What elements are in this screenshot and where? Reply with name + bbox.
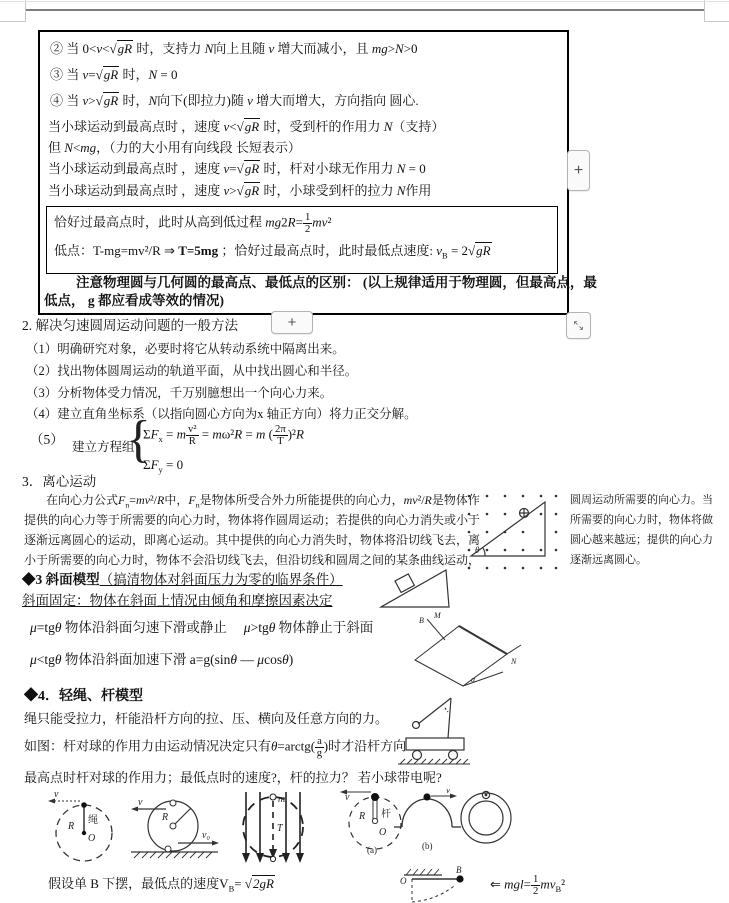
document-page: { "chrome": { "plus_top": "+", "plus_mid… bbox=[0, 0, 729, 903]
section3-para-3: 逐渐远离圆心的运动，即离心运动。其中提供的向心力消失时，物体将沿切线飞去，离 bbox=[24, 533, 480, 548]
section2-title: 2. 解决匀速圆周运动问题的一般方法 bbox=[22, 318, 238, 335]
d2-v0-label: v₀ bbox=[202, 830, 210, 841]
d4-r-label: R bbox=[358, 811, 365, 822]
section3-para-1: 在向心力公式Fn=mv²/R中，Fn是物体所受合外力所能提供的向心力，mv²/R… bbox=[46, 493, 480, 510]
page-top-border bbox=[25, 9, 704, 11]
side-note-3: 圆心越来越远；提供的向心力 bbox=[570, 534, 713, 548]
section4-line-2: 如图：杆对球的作用力由运动情况决定只有θ=arctg(ag)时才沿杆方向 bbox=[24, 736, 406, 759]
pend-b-label: B bbox=[456, 866, 462, 875]
section3-title: 3．离心运动 bbox=[22, 474, 96, 491]
expand-button[interactable] bbox=[566, 312, 591, 339]
d1-v-label: v bbox=[54, 789, 59, 800]
theta-label: θ bbox=[475, 545, 480, 555]
inner-line-2: 低点：T-mg=mv²/R ⇒ T=5mg ；恰好过最高点时，此时最低点速度: … bbox=[54, 243, 492, 261]
rod-top-line-2: 但 N<mg，（力的大小用有向线段 长短表示） bbox=[48, 140, 301, 156]
section4-line-3: 最高点时杆对球的作用力；最低点时的速度?，杆的拉力？ 若小球带电呢? bbox=[24, 770, 442, 786]
plate-n-label: N bbox=[510, 657, 517, 666]
incline-block-diagram bbox=[376, 564, 458, 611]
side-note-4: 逐渐远离圆心。 bbox=[570, 554, 647, 568]
cart-rod-diagram bbox=[396, 686, 476, 766]
equation-fy: ΣFy = 0 bbox=[143, 457, 183, 475]
rolling-circle-diagram: v R v₀ bbox=[126, 795, 224, 863]
bottom-formula: ⇐ mgl=12mvB² bbox=[490, 874, 565, 897]
mu-line-2: μ<tgθ 物体沿斜面加速下滑 a=g(sinθ — μcosθ) bbox=[30, 652, 293, 669]
plate-b-label: B bbox=[419, 616, 424, 625]
mu-line-1: μ=tgθ 物体沿斜面匀速下滑或静止 μ>tgθ 物体静止于斜面 bbox=[30, 620, 373, 637]
slope-fixed-line: 斜面固定：物体在斜面上情况由倾角和摩擦因素决定 bbox=[22, 593, 333, 610]
page-corner-left-v bbox=[25, 0, 26, 22]
page-corner-right-h bbox=[704, 21, 729, 22]
rod-top-line-3: 当小球运动到最高点时 ，速度 v=√gR 时，杆对小球无作用力 N = 0 bbox=[48, 161, 426, 177]
add-annotation-button[interactable]: + bbox=[567, 150, 590, 191]
equation-fx: ΣFx = mv²R = mω²R = m (2πT)²R bbox=[143, 424, 304, 447]
rod-top-line-4: 当小球运动到最高点时 ，速度 v>√gR 时，小球受到杆的拉力 N作用 bbox=[48, 183, 431, 199]
d1-rope-label: 绳 bbox=[88, 814, 98, 826]
d4-caption: (a) bbox=[367, 845, 377, 855]
pendulum-diagram: O B bbox=[396, 866, 476, 903]
note-line-2: 低点， g 都应看成等效的情况) bbox=[44, 293, 224, 310]
field-circle-diagram: m T bbox=[237, 789, 309, 867]
dotted-field-incline-diagram: θ bbox=[461, 486, 561, 576]
inclined-plate-3d-diagram: B M N α bbox=[403, 610, 528, 692]
d4-v-label: v bbox=[345, 792, 350, 803]
side-note-2: 所需要的向心力时，物体将做 bbox=[570, 514, 713, 528]
rule-line-3: ③ 当 v=√gR 时，N = 0 bbox=[50, 67, 178, 83]
page-corner-right-v bbox=[704, 0, 705, 22]
lowest-point-box: 恰好过最高点时，此时从高到低过程 mg2R=12mv² 低点：T-mg=mv²/… bbox=[46, 206, 558, 274]
hump-diagram: v (b) bbox=[394, 789, 462, 853]
note-line-1: 注意物理圆与几何圆的最高点、最低点的区别： (以上规律适用于物理圆，但最高点，最 bbox=[76, 275, 597, 292]
section2-item-2: （2）找出物体圆周运动的轨道平面，从中找出圆心和半径。 bbox=[26, 364, 357, 380]
ring-tube-diagram bbox=[457, 787, 515, 847]
d5-v-label: v bbox=[446, 789, 450, 795]
section4-line-1: 绳只能受拉力，杆能沿杆方向的拉、压、横向及任意方向的力。 bbox=[24, 711, 388, 727]
section4-title: ◆4．轻绳、杆模型 bbox=[24, 688, 143, 706]
plate-alpha-label: α bbox=[471, 675, 476, 684]
rule-line-2: ② 当 0<v<√gR 时，支持力 N向上且随 v 增大而减小，且 mg>N>0 bbox=[50, 41, 418, 57]
section3-para-2: 提供的向心力等于所需要的向心力时，物体将作圆周运动；若提供的向心力消失或小于 bbox=[24, 513, 480, 528]
section2-item5-label: （5） bbox=[30, 432, 64, 449]
pend-o-label: O bbox=[400, 876, 407, 886]
slope-title: ◆3 斜面模型（搞清物体对斜面压力为零的临界条件） bbox=[22, 572, 343, 589]
summary-box: ② 当 0<v<√gR 时，支持力 N向上且随 v 增大而减小，且 mg>N>0… bbox=[38, 30, 569, 315]
bottom-line: 假设单 B 下摆，最低点的速度VB= √2gR bbox=[48, 876, 275, 894]
section2-item-4: （4）建立直角坐标系（以指向圆心方向为x 轴正方向）将力正交分解。 bbox=[26, 407, 417, 423]
d3-m-label: m bbox=[278, 794, 285, 805]
inner-line-1: 恰好过最高点时，此时从高到低过程 mg2R=12mv² bbox=[54, 212, 331, 235]
insert-block-button[interactable]: + bbox=[271, 311, 313, 334]
rule-line-4: ④ 当 v>√gR 时，N向下(即拉力)随 v 增大而增大，方向指向 圆心. bbox=[50, 93, 419, 109]
d2-r-label: R bbox=[161, 812, 168, 823]
expand-icon bbox=[573, 317, 584, 334]
page-corner-left-h bbox=[0, 21, 25, 22]
d5-caption: (b) bbox=[422, 841, 433, 851]
d1-r-label: R bbox=[67, 821, 74, 832]
d3-t-label: T bbox=[277, 823, 284, 834]
slope-title-main: ◆3 斜面模型 bbox=[22, 572, 100, 587]
rod-top-line-1: 当小球运动到最高点时 ，速度 v<√gR 时，受到杆的作用力 N（支持） bbox=[48, 119, 444, 135]
d4-rod-label: 杆 bbox=[381, 807, 391, 820]
d2-v-label: v bbox=[138, 797, 143, 808]
plate-m-label: M bbox=[433, 611, 442, 620]
page-top-hairline bbox=[0, 1, 729, 2]
slope-title-paren: （搞清物体对斜面压力为零的临界条件） bbox=[100, 572, 343, 587]
d1-o-label: O bbox=[88, 833, 95, 844]
side-note-1: 圆周运动所需要的向心力。当 bbox=[570, 494, 713, 508]
rope-circle-diagram: v R 绳 O bbox=[40, 789, 122, 867]
section2-item-3: （3）分析物体受力情况，千万别臆想出一个向心力来。 bbox=[26, 386, 332, 402]
d4-o-label: O bbox=[379, 827, 386, 838]
section2-item-1: （1）明确研究对象，必要时将它从转动系统中隔离出来。 bbox=[26, 342, 345, 358]
